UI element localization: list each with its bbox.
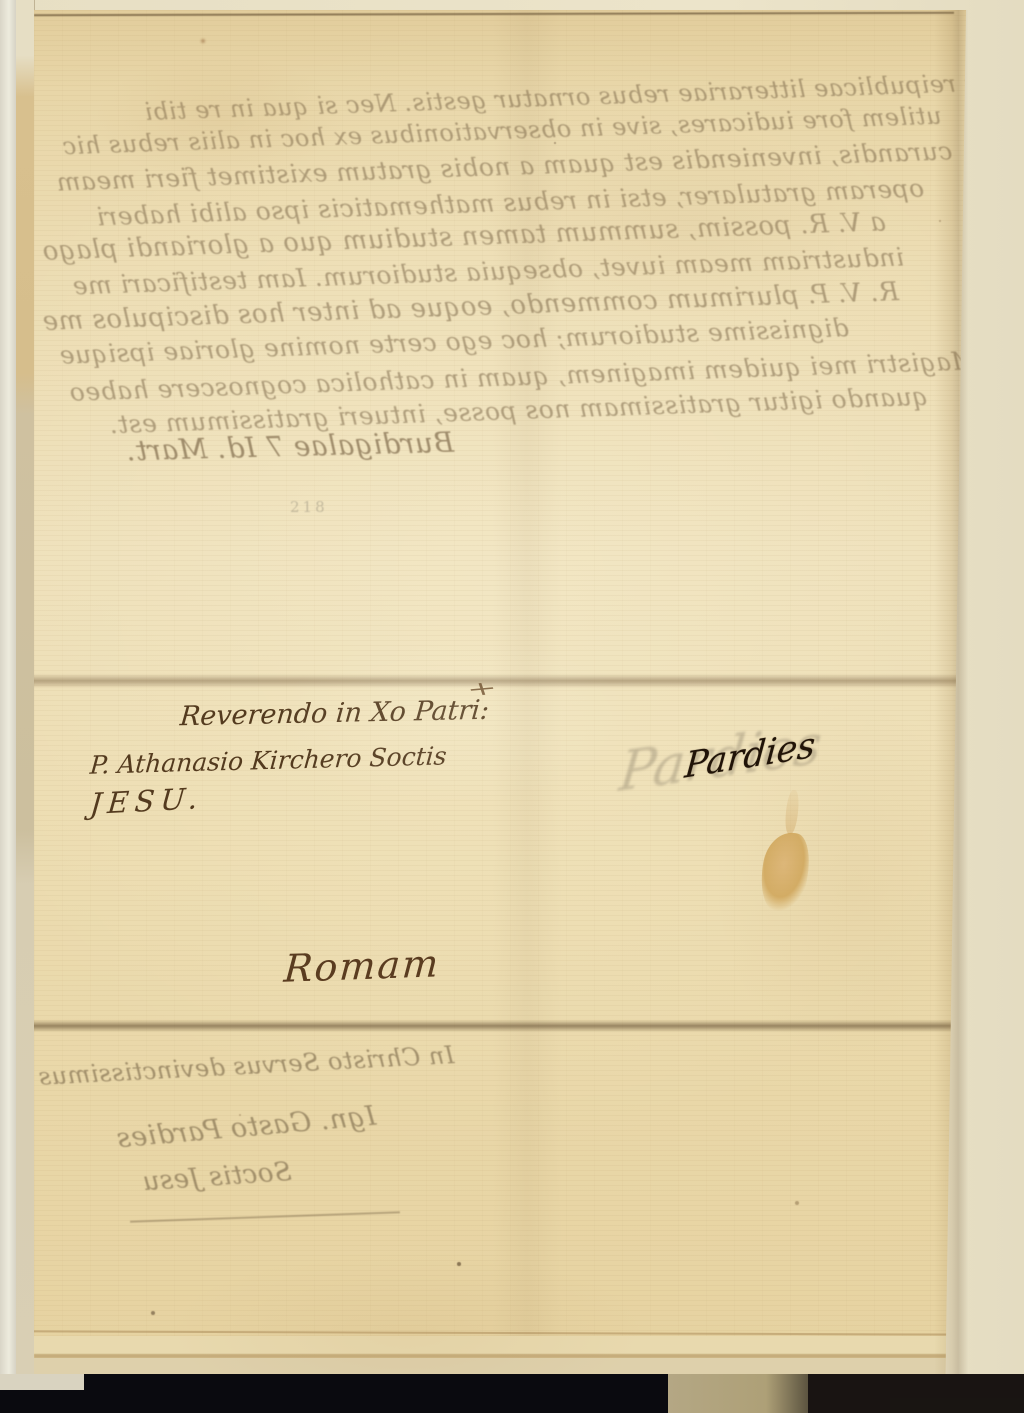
bottom-beige-patch	[668, 1374, 808, 1413]
address-line-3: JESU.	[89, 781, 206, 821]
bottom-edge-band	[34, 1358, 966, 1374]
manuscript-letter-scan: ut novis reipublicae litterariae rebus o…	[0, 0, 1024, 1413]
bleedthrough-closing-line: In Christo Servus devinctissimus	[38, 1041, 455, 1091]
bottom-brown-shading	[808, 1374, 1024, 1413]
bottom-edge-band	[34, 1336, 966, 1354]
age-specks	[34, 10, 36, 12]
address-line-2: P. Athanasio Kirchero Soctis	[89, 741, 448, 779]
wax-stain	[755, 829, 814, 916]
horizontal-fold-crease-lower	[30, 1020, 970, 1032]
bleedthrough-signature-line: Ign. Gasto Pardies	[115, 1101, 377, 1155]
vertical-fold-crease	[492, 10, 562, 1374]
bleedthrough-flourish	[130, 1211, 400, 1222]
destination-line: Romam	[283, 941, 442, 991]
stain-drip	[784, 789, 801, 834]
letter-page: ut novis reipublicae litterariae rebus o…	[34, 10, 966, 1374]
bleedthrough-society-line: Soctis Jesu	[141, 1157, 293, 1197]
left-page-edge-outer	[0, 0, 16, 1388]
page-right-edge-shadow	[934, 10, 978, 1374]
faint-page-number-stamp: 218	[290, 498, 328, 516]
horizontal-fold-crease-upper	[30, 674, 970, 688]
left-page-edge-inner	[16, 0, 35, 1382]
address-line-1: Reverendo in Xo Patri:	[179, 695, 491, 733]
bottom-left-sheet-edge	[0, 1374, 84, 1390]
